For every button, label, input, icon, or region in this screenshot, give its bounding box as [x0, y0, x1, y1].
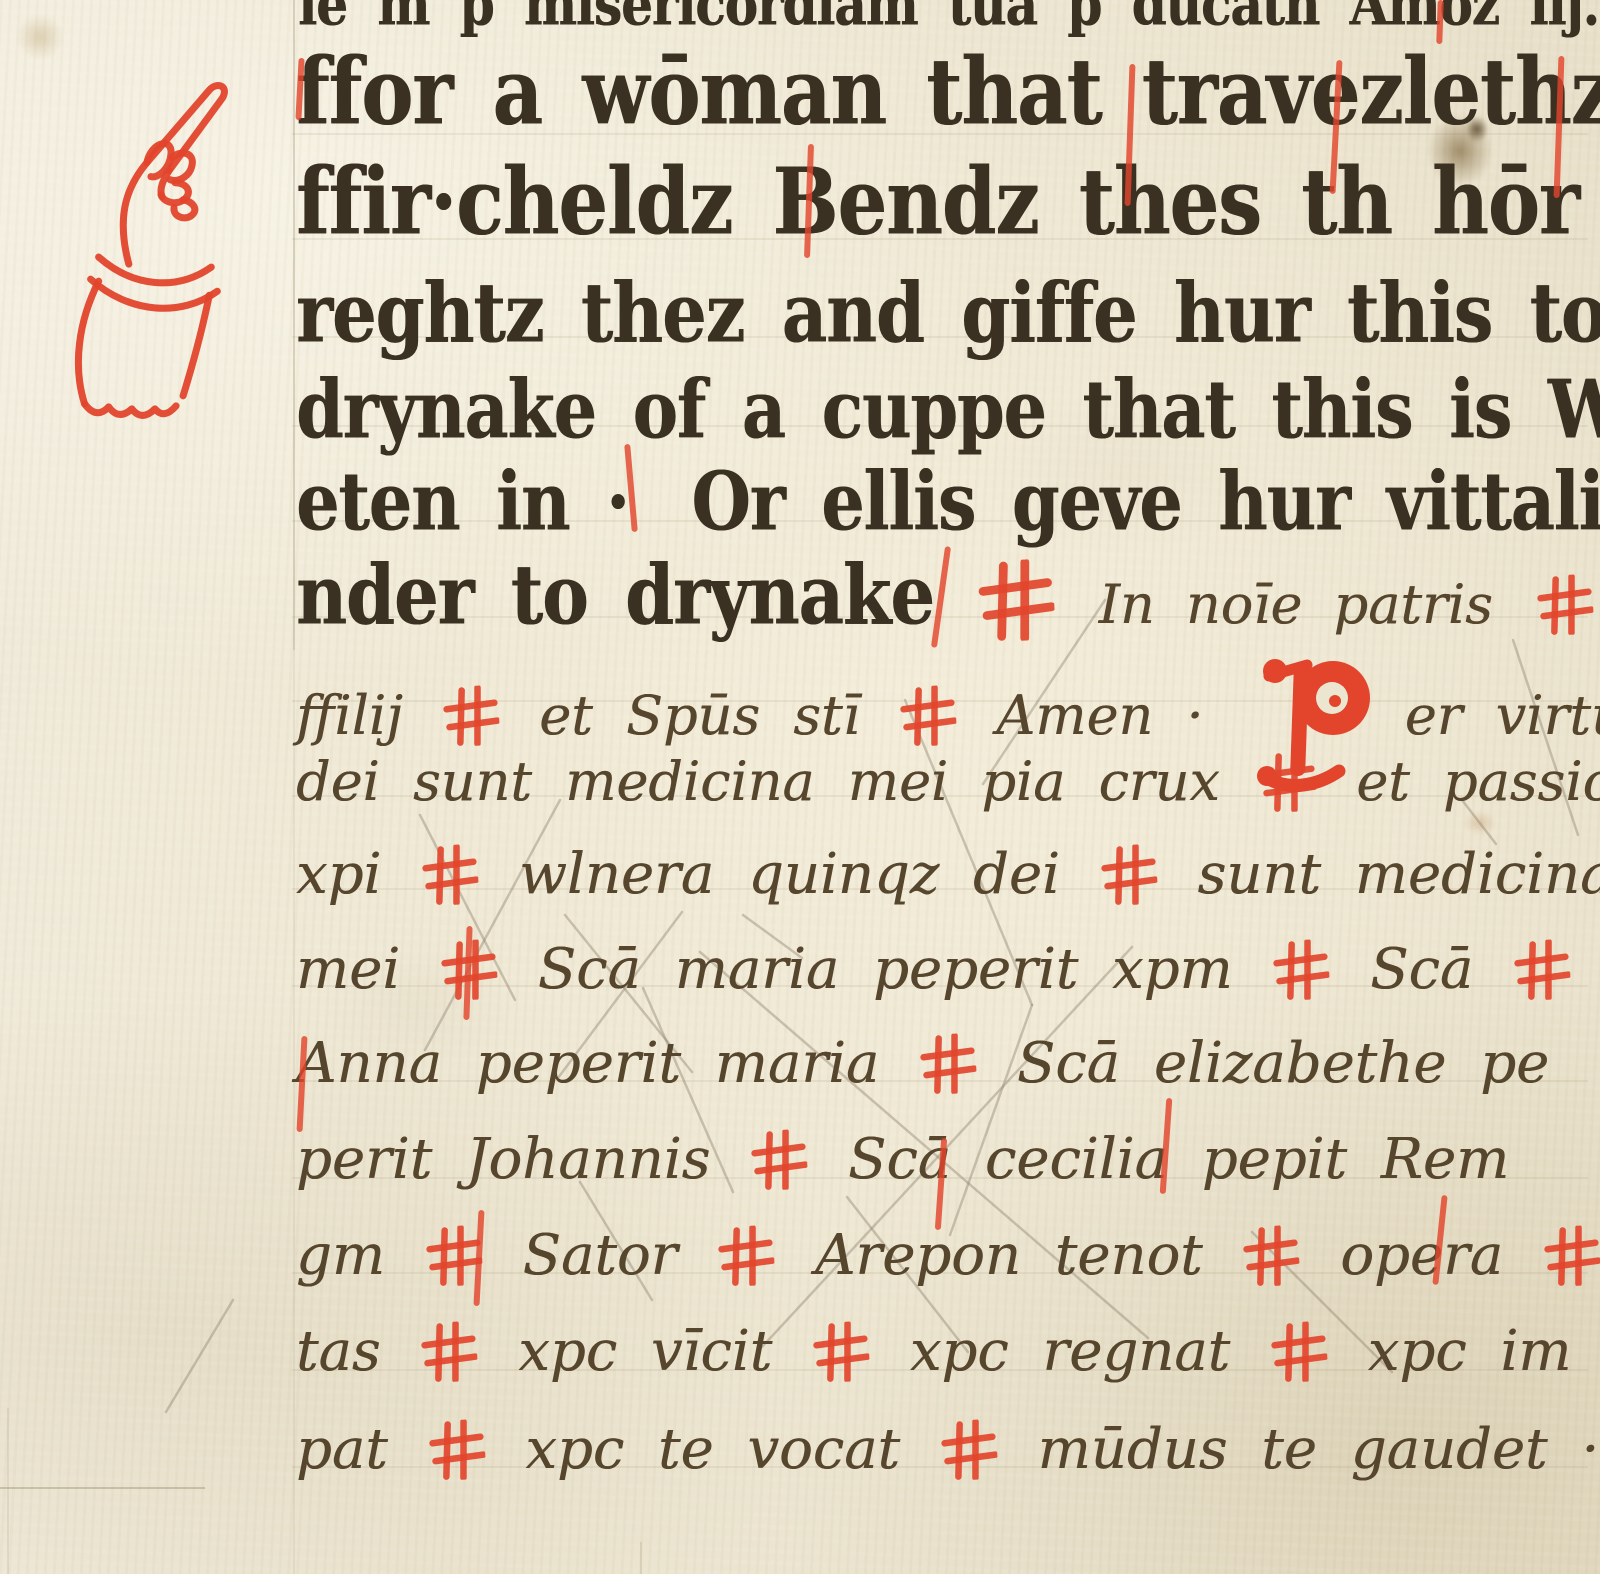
word: drynake of a cuppe that this is Wr — [296, 370, 1600, 450]
word: Sator — [523, 1223, 678, 1288]
word: xpc te vocat — [525, 1417, 900, 1482]
word: gm — [296, 1223, 385, 1288]
text-line-10: mei Scā maria peperit xpm Scā — [296, 940, 1577, 1000]
text-line-6: nder to drynake In noīe patris et̄ — [296, 560, 1600, 641]
word: Scā elizabethe pe — [1017, 1031, 1549, 1096]
rubric-cross-icon — [1513, 939, 1572, 1002]
page-crease-left — [7, 1408, 9, 1574]
rubric-cross-icon — [1542, 1225, 1600, 1288]
word: xpc im — [1368, 1319, 1572, 1384]
word: Scā cecilia pepit Rem — [848, 1127, 1509, 1192]
word: Scā maria peperit xpm — [538, 937, 1233, 1002]
text-line-15: pat xpc te vocat mūdus te gaudet · — [296, 1420, 1599, 1480]
word: tas — [296, 1319, 381, 1384]
page-crease-bottom — [640, 1542, 642, 1574]
ruling-line-vertical — [293, 650, 295, 1574]
rubric-cross-icon — [919, 1033, 978, 1096]
text-line-8: dei sunt medicina mei pia crux et passio — [296, 752, 1600, 812]
margin-ruling-line — [0, 1487, 205, 1489]
word: ffilij — [296, 684, 403, 747]
rubric-cross-icon — [976, 558, 1056, 643]
text-line-4: drynake of a cuppe that this is Wr — [296, 380, 1600, 448]
word: nder to drynake — [296, 554, 934, 637]
word: Anna peperit maria — [296, 1031, 879, 1096]
rubric-cross-icon — [1258, 751, 1317, 814]
word: lē m̄ p̄ misericordiam tua p̄ dūcath Amo… — [298, 0, 1599, 34]
word: xpc vīcit — [518, 1319, 772, 1384]
text-line-0: lē m̄ p̄ misericordiam tua p̄ dūcath Amo… — [298, 0, 1599, 32]
rubric-cross-icon — [717, 1225, 776, 1288]
rubric-cross-icon — [1269, 1321, 1328, 1384]
word: wlnera quinqz dei — [519, 842, 1060, 907]
rubric-cross-icon — [899, 685, 958, 748]
manuscript-page: lē m̄ p̄ misericordiam tua p̄ dūcath Amo… — [0, 0, 1600, 1574]
word: Arepon tenot — [815, 1223, 1203, 1288]
rubric-cross-icon — [441, 685, 500, 748]
rubric-cross-icon — [1272, 939, 1331, 1002]
word: mūdus te gaudet · — [1038, 1417, 1599, 1482]
text-line-13: gm Sator Arepon tenot opera Ro — [296, 1226, 1600, 1286]
rubric-cross-icon — [421, 844, 480, 907]
text-line-14: tas xpc vīcit xpc regnat xpc im — [296, 1322, 1571, 1382]
rubric-cross-icon — [427, 1419, 486, 1482]
word: er virtutem — [1405, 684, 1600, 747]
word: dei sunt medicina mei pia crux — [296, 750, 1220, 813]
word: reghtz thez and giffe hur this to — [296, 272, 1600, 355]
rubric-cross-icon — [1536, 574, 1595, 637]
rubric-cross-icon — [420, 1321, 479, 1384]
rubric-cross-icon — [1242, 1225, 1301, 1288]
word: eten in · — [296, 462, 629, 542]
rubric-cross-icon — [1099, 844, 1158, 907]
pencil-stroke — [166, 1300, 233, 1412]
text-line-12: perit Johannis Scā cecilia pepit Rem — [296, 1130, 1509, 1190]
rubric-cross-icon — [939, 1419, 998, 1482]
word: pat — [296, 1417, 388, 1482]
pencil-stroke — [425, 800, 560, 1050]
word: perit Johannis — [296, 1127, 710, 1192]
word: Amen · — [996, 684, 1203, 747]
word: Scā — [1370, 937, 1473, 1002]
rubric-cross-icon — [750, 1129, 809, 1192]
text-line-3: reghtz thez and giffe hur this to — [296, 282, 1600, 352]
word: opera — [1340, 1223, 1503, 1288]
word: mei — [296, 937, 400, 1002]
word: xpi — [296, 842, 381, 907]
text-line-5: eten in · Or ellis geve hur vittalis — [296, 472, 1600, 540]
text-line-1: ffor a wōman that travezlethz — [296, 58, 1600, 136]
text-line-9: xpi wlnera quinqz dei sunt medicina — [296, 845, 1600, 905]
word: xpc regnat — [910, 1319, 1230, 1384]
manicule-pointing-hand-icon — [58, 58, 270, 430]
text-line-11: Anna peperit maria Scā elizabethe pe — [296, 1034, 1549, 1094]
word: sunt medicina — [1198, 842, 1600, 907]
word: et Spūs stī — [539, 684, 860, 747]
word: In noīe patris — [1099, 578, 1493, 632]
rubric-cross-icon — [811, 1321, 870, 1384]
word: ffir·cheldz Bendz thes th hōr — [296, 157, 1579, 249]
ruling-line-vertical — [293, 0, 295, 650]
word: Or ellis geve hur vittalis — [691, 462, 1600, 542]
word: ffor a wōman that travezlethz — [296, 47, 1600, 139]
text-line-2: ffir·cheldz Bendz thes th hōr — [296, 168, 1579, 246]
word: et passio — [1356, 750, 1600, 813]
